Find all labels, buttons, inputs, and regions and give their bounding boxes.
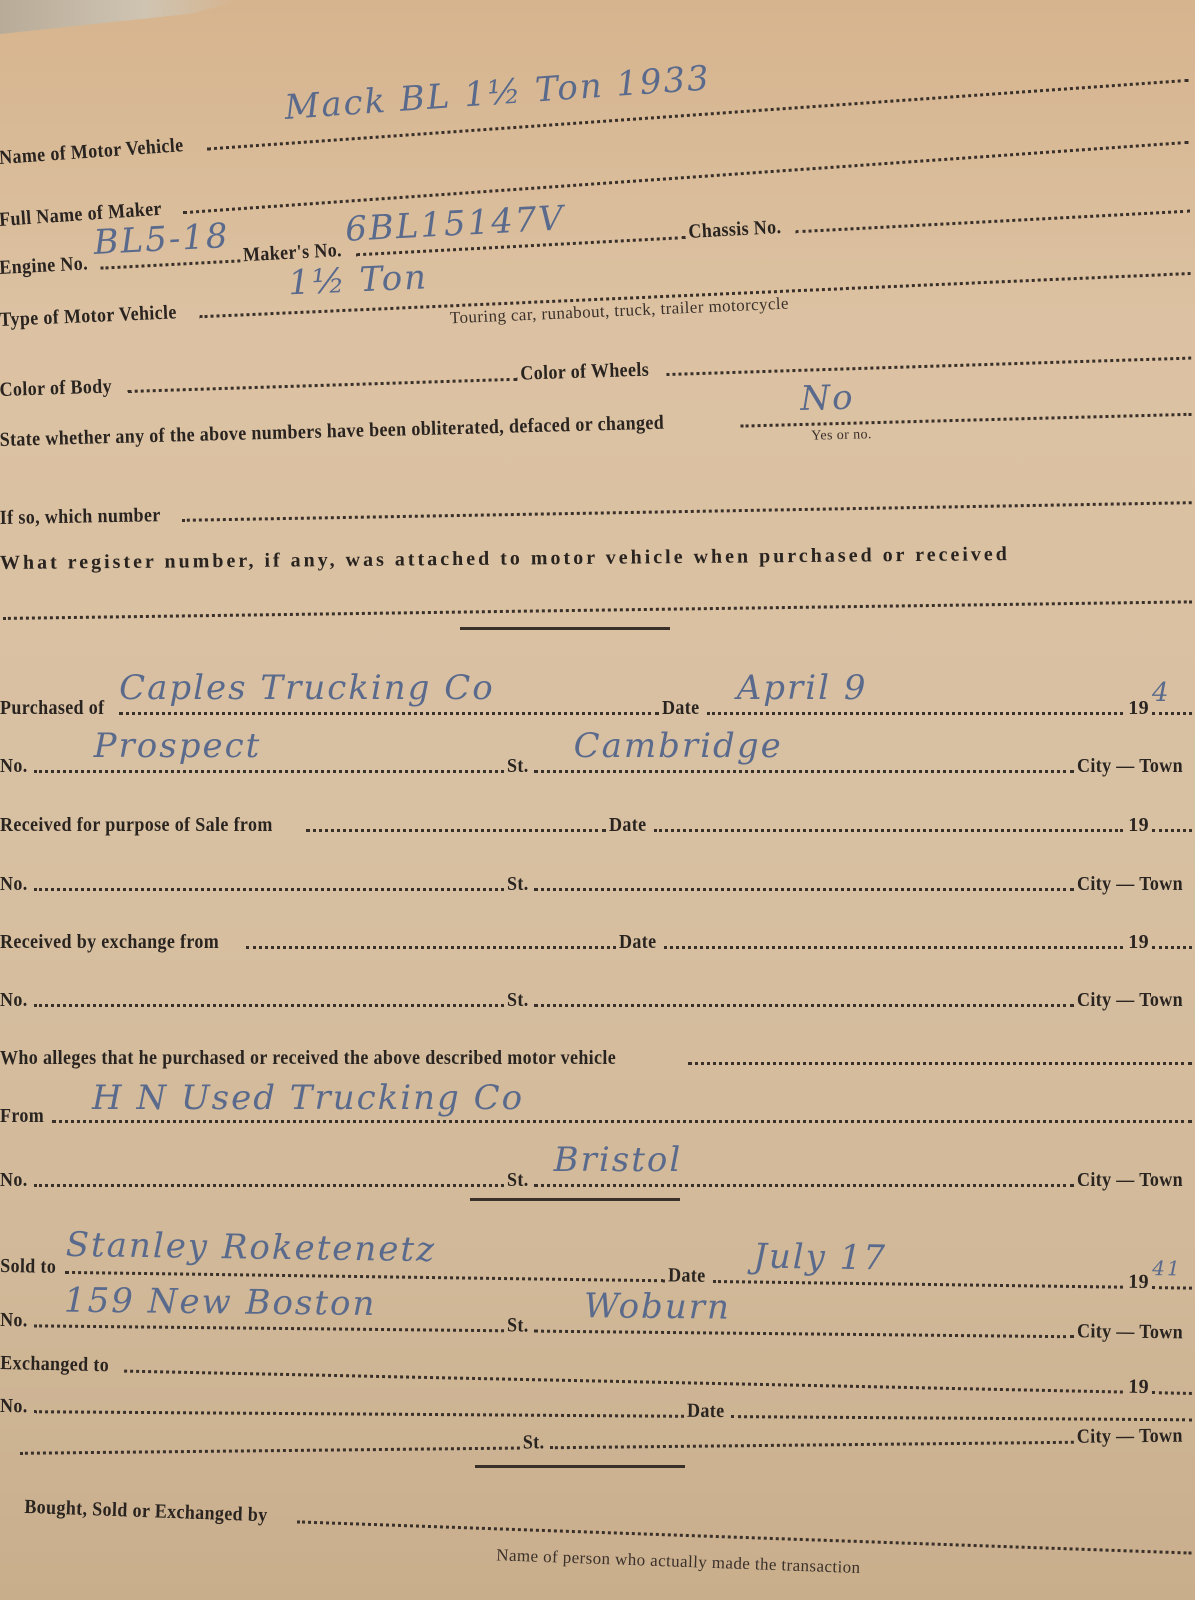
- received-exchange-date-input[interactable]: [664, 944, 1123, 949]
- label: What register number, if any, was attach…: [0, 543, 1010, 575]
- field-received-exchange-address: No. St. City — Town: [0, 972, 1195, 1012]
- label: Date: [619, 931, 656, 954]
- label: City — Town: [1077, 1425, 1183, 1449]
- body-color-input[interactable]: [127, 376, 517, 393]
- value: H N Used Trucking Co: [92, 1078, 524, 1118]
- wheel-color-input[interactable]: [666, 355, 1191, 376]
- label: St.: [507, 755, 529, 778]
- label: No.: [0, 1395, 28, 1418]
- label: City — Town: [1077, 755, 1183, 778]
- label: St.: [507, 873, 529, 896]
- sold-no-input[interactable]: 159 New Boston: [34, 1322, 504, 1332]
- label: Purchased of: [0, 697, 104, 720]
- label: Chassis No.: [688, 216, 782, 244]
- year-prefix: 19: [1128, 814, 1149, 837]
- sold-year-input[interactable]: 41: [1152, 1284, 1192, 1290]
- received-exchange-from-input[interactable]: [246, 944, 616, 949]
- label: From: [0, 1105, 44, 1128]
- value: April 9: [737, 668, 868, 708]
- label: No.: [0, 1169, 28, 1192]
- label: Exchanged to: [0, 1352, 109, 1377]
- value: No: [800, 378, 855, 419]
- hint: Name of person who actually made the tra…: [496, 1545, 861, 1578]
- year-prefix: 19: [1128, 1271, 1149, 1294]
- label: Received for purpose of Sale from: [0, 814, 273, 837]
- value: 1½ Ton: [287, 257, 428, 303]
- value: Stanley Roketenetz: [65, 1225, 436, 1270]
- label: St.: [507, 1169, 529, 1192]
- label: City — Town: [1077, 1320, 1183, 1344]
- label: Color of Wheels: [520, 359, 649, 386]
- label: No.: [0, 755, 28, 778]
- sold-date-input[interactable]: July 17: [713, 1278, 1123, 1289]
- label: Engine No.: [0, 252, 89, 280]
- obliterated-input[interactable]: No Yes or no.: [741, 411, 1192, 428]
- sold-to-input[interactable]: Stanley Roketenetz: [65, 1269, 665, 1282]
- purchased-date-input[interactable]: April 9: [707, 710, 1123, 715]
- field-purchased-of: Purchased of Caples Trucking Co Date Apr…: [0, 680, 1195, 720]
- label: Received by exchange from: [0, 931, 219, 954]
- label: City — Town: [1077, 1169, 1183, 1192]
- which-number-input[interactable]: [182, 499, 1192, 522]
- value: 159 New Boston: [64, 1281, 377, 1324]
- field-received-sale: Received for purpose of Sale from Date 1…: [0, 797, 1195, 837]
- value: 41: [1152, 1256, 1182, 1280]
- label: No.: [0, 1309, 28, 1332]
- field-sold-address: No. 159 New Boston St. Woburn City — Tow…: [0, 1292, 1195, 1345]
- background-surface: [0, 0, 240, 34]
- label: City — Town: [1077, 989, 1183, 1012]
- year-prefix: 19: [1128, 697, 1149, 720]
- exchanged-city-input[interactable]: [550, 1439, 1074, 1449]
- label: St.: [507, 1314, 529, 1337]
- vehicle-type-input[interactable]: 1½ Ton Touring car, runabout, truck, tra…: [199, 270, 1190, 318]
- purchased-no-input[interactable]: Prospect: [34, 768, 504, 773]
- value: BL5-18: [93, 216, 231, 263]
- hint: Touring car, runabout, truck, trailer mo…: [449, 294, 789, 329]
- label: Color of Body: [0, 375, 112, 402]
- label: If so, which number: [0, 504, 161, 530]
- alleges-from-input[interactable]: H N Used Trucking Co: [52, 1118, 1192, 1123]
- field-which-number: If so, which number: [0, 469, 1195, 530]
- received-sale-no-input[interactable]: [34, 886, 504, 891]
- label: Type of Motor Vehicle: [0, 301, 177, 332]
- label: Date: [662, 697, 699, 720]
- label: Name of Motor Vehicle: [0, 134, 184, 170]
- chassis-no-input[interactable]: [795, 208, 1190, 234]
- value: Bristol: [554, 1140, 683, 1180]
- field-received-sale-address: No. St. City — Town: [0, 856, 1195, 896]
- received-exchange-year-input[interactable]: [1152, 944, 1192, 949]
- field-received-exchange: Received by exchange from Date 19: [0, 914, 1195, 954]
- makers-no-input[interactable]: 6BL15147V: [356, 234, 686, 256]
- received-exchange-city-input[interactable]: [534, 1002, 1075, 1007]
- field-alleges-address: No. St. Bristol City — Town: [0, 1152, 1195, 1192]
- received-sale-from-input[interactable]: [306, 827, 606, 832]
- value: Mack BL 1½ Ton 1933: [283, 58, 712, 128]
- field-transaction-by: Bought, Sold or Exchanged by Name of per…: [0, 1478, 1195, 1560]
- received-sale-year-input[interactable]: [1152, 827, 1192, 832]
- label: State whether any of the above numbers h…: [0, 412, 664, 452]
- field-register-label: What register number, if any, was attach…: [0, 525, 1195, 575]
- label: Date: [609, 814, 646, 837]
- value: 6BL15147V: [344, 198, 566, 249]
- label: City — Town: [1077, 873, 1183, 896]
- transaction-by-input[interactable]: Name of person who actually made the tra…: [297, 1518, 1191, 1554]
- value: July 17: [753, 1237, 887, 1279]
- value: 4: [1152, 678, 1171, 708]
- value: Woburn: [584, 1286, 731, 1328]
- received-sale-city-input[interactable]: [534, 886, 1075, 891]
- value: Caples Trucking Co: [119, 668, 495, 708]
- label: St.: [523, 1431, 545, 1454]
- purchased-city-input[interactable]: Cambridge: [534, 768, 1075, 773]
- alleges-input[interactable]: [688, 1060, 1192, 1065]
- sold-city-input[interactable]: Woburn: [534, 1328, 1075, 1339]
- field-purchased-address: No. Prospect St. Cambridge City — Town: [0, 738, 1195, 778]
- label: Who alleges that he purchased or receive…: [0, 1047, 616, 1070]
- label: Sold to: [0, 1255, 56, 1279]
- value: Prospect: [94, 726, 262, 766]
- label: No.: [0, 989, 28, 1012]
- exchanged-no2-input[interactable]: [20, 1445, 520, 1455]
- hint: Yes or no.: [811, 427, 872, 445]
- purchased-year-input[interactable]: 4: [1152, 710, 1192, 715]
- field-alleges-from: From H N Used Trucking Co: [0, 1088, 1195, 1128]
- year-prefix: 19: [1128, 931, 1149, 954]
- value: Cambridge: [574, 726, 783, 766]
- alleges-no-input[interactable]: [34, 1182, 504, 1187]
- label: No.: [0, 873, 28, 896]
- register-input[interactable]: [3, 598, 1192, 620]
- section-divider: [475, 1465, 685, 1468]
- section-divider: [470, 1198, 680, 1201]
- section-divider: [460, 627, 670, 630]
- purchased-of-input[interactable]: Caples Trucking Co: [119, 710, 659, 715]
- label: St.: [507, 989, 529, 1012]
- field-register: [0, 568, 1195, 625]
- engine-no-input[interactable]: BL5-18: [101, 257, 241, 269]
- received-sale-date-input[interactable]: [654, 827, 1124, 832]
- field-alleges: Who alleges that he purchased or receive…: [0, 1030, 1195, 1070]
- received-exchange-no-input[interactable]: [34, 1002, 504, 1007]
- label: Date: [668, 1264, 706, 1288]
- alleges-city-input[interactable]: Bristol: [534, 1182, 1075, 1187]
- label: Bought, Sold or Exchanged by: [24, 1496, 268, 1527]
